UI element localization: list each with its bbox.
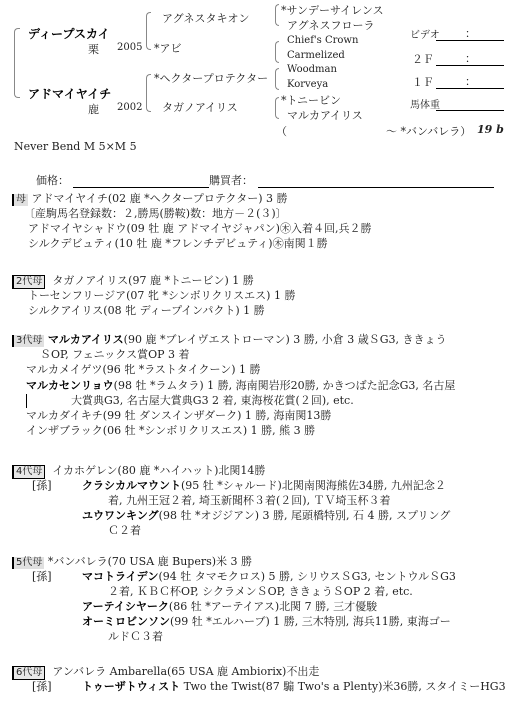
2nd-dam-offspring-1: トーセンフリージア(07 牝 *シンボリクリスエス) 1 勝 (28, 289, 295, 303)
4th-dam-gc-1-cont: 着, 九州王冠２着, 埼玉新聞杯３着(２回), ＴＶ埼玉杯３着 (108, 494, 391, 508)
tag-6th-dam: 6代母 (12, 666, 45, 680)
4th-dam-gc-2-text: (98 牡 *オジジアン) 3 勝, 尾頭橋特別, 石 4 勝, スプリング (159, 509, 451, 522)
buyer-label: 購買者： (209, 172, 253, 188)
4th-dam-head: イカホゲレン(80 鹿 *ハイハット)北関14勝 (52, 464, 265, 477)
5th-dam-head: *バンバレラ(70 USA 鹿 Bupers)米 3 勝 (48, 555, 252, 568)
6th-dam-gc-1-name: トゥーザトウィスト (82, 680, 180, 693)
f1-label: １Ｆ (412, 74, 434, 90)
5th-dam-gc-3-name: オーミロビンソン (82, 615, 170, 628)
2nd-dam-offspring-2: シルクアイリス(08 牝 ディープインパクト) 1 勝 (28, 304, 265, 318)
tag-2nd-dam: 2代母 (12, 275, 45, 289)
dam-year: 2002 (117, 102, 142, 113)
inbreeding: Never Bend M 5×M 5 (14, 140, 137, 153)
dam-offspring-2: シルクデビュティ(10 牡 鹿 *フレンチデビュティ)㊍南関１勝 (28, 237, 328, 251)
gen3-2: アグネスフローラ (287, 17, 375, 33)
2nd-dam-head: タガノアイリス(97 鹿 *トニービン) 1 勝 (52, 274, 253, 287)
6th-dam-head: アンバレラ Ambarella(65 USA 鹿 Ambiorix)不出走 (52, 665, 319, 678)
f2-label: ２Ｆ (412, 51, 434, 67)
gen3-7: *トニービン (281, 92, 341, 108)
gen3-1: *サンデーサイレンス (281, 2, 384, 18)
buyer-field[interactable] (258, 172, 494, 188)
5th-dam-gc-2-text: (86 牡 *アーテイアス)北関 7 勝, 三才優駿 (169, 600, 377, 613)
5th-dam-gc-1-cont: ２着, ＫＢＣ杯OP, シクラメンＳOP, ききょうＳOP 2 着, etc. (108, 585, 413, 599)
weight-field[interactable] (436, 95, 504, 111)
6th-dam-gc-1-text: Two the Twist(87 騸 Two's a Plenty)米36勝, … (180, 680, 506, 693)
family-line: （ ～ *バンバレラ） (276, 123, 471, 139)
5th-dam-gc-3-cont: ルドＣ３着 (108, 630, 163, 644)
video-colon: ： (465, 25, 476, 41)
4th-dam-gc-2-cont: Ｃ２着 (108, 524, 141, 538)
3rd-dam-offspring-4: インザブラック(06 牡 *シンボリクリスエス) 1 勝, 熊 3 勝 (26, 424, 315, 438)
sire-name: ディープスカイ (28, 25, 110, 42)
gen3-8: マルカアイリス (287, 107, 363, 123)
3rd-dam-head-cont: ＳOP, フェニックス賞OP 3 着 (40, 348, 190, 362)
pedigree-brace-g3-2 (275, 41, 279, 63)
gen3-3: Chief's Crown (287, 35, 358, 46)
5th-dam-grandchild-label: [孫] (32, 570, 52, 584)
4th-dam-grandchild-label: [孫] (32, 479, 52, 493)
5th-dam-gc-1-text: (94 牡 タマモクロス) 5 勝, シリウスＳG3, セントウルＳG3 (158, 570, 455, 583)
3rd-dam-head: (90 鹿 *ブレイヴエストローマン) 3 勝, 小倉 3 歳ＳG3, ききょう (124, 333, 447, 346)
dam-head: アドマイヤイチ(02 鹿 *ヘクタープロテクター) 3 勝 (32, 192, 288, 205)
tag-5th-dam: 5代母 (12, 557, 44, 569)
3rd-dam-name: マルカアイリス (48, 333, 124, 346)
3rd-dam-offspring-2-name: マルカセンリョウ (26, 379, 114, 392)
family-number: 19 b (477, 123, 504, 136)
4th-dam-gc-1-text: (95 牡 *シャルード)北関南関海熊佐34勝, 九州記念２ (181, 479, 446, 492)
pedigree-brace-sire (146, 12, 151, 50)
dam-offspring-summary: 〔産駒馬名登録数：２,勝馬(勝鞍)数：地方－２(３)〕 (24, 207, 287, 221)
pedigree-brace-dam (146, 74, 151, 112)
tag-4th-dam: 4代母 (12, 465, 45, 479)
gen3-6: Korveya (287, 79, 328, 90)
3rd-dam-offspring-3: マルカダイキチ(99 牡 ダンスインザダーク) 1 勝, 海南関13勝 (26, 409, 331, 423)
dam-name: アドマイヤイチ (28, 85, 111, 102)
4th-dam-gc-1-name: クラシカルマウント (82, 479, 181, 492)
3rd-dam-offspring-2-text: (98 牡 *ラムタラ) 1 勝, 海南関岩形20勝, かきつばた記念G3, 名… (114, 379, 456, 392)
5th-dam-gc-2-name: アーテイシヤーク (82, 600, 169, 613)
3rd-dam-offspring-2-cont: 大賞典G3, 名古屋大賞典G3 2 着, 東海桜花賞(２回), etc. (26, 394, 354, 408)
pedigree-brace-outer (14, 28, 20, 98)
f2-colon: ： (465, 50, 476, 66)
gen3-5: Woodman (287, 64, 337, 75)
sire-year: 2005 (117, 42, 142, 53)
tag-dam: 母 (12, 194, 28, 206)
5th-dam-gc-1-name: マコトライデン (82, 570, 158, 583)
3rd-dam-offspring-1: マルカメイゲツ(96 牝 *ラストタイクーン) 1 勝 (26, 363, 261, 377)
4th-dam-gc-2-name: ユウワンキング (82, 509, 159, 522)
pedigree-brace-g3-3 (275, 68, 279, 90)
pedigree-brace-g3-4 (275, 97, 279, 119)
f1-colon: ： (465, 73, 476, 89)
price-label: 価格： (36, 172, 69, 188)
tag-3rd-dam: 3代母 (12, 335, 44, 347)
pedigree-brace-g3-1 (275, 4, 279, 26)
dam-dam: タガノアイリス (162, 99, 238, 115)
sire-dam: *アビ (154, 40, 182, 56)
dam-offspring-1: アドマイヤシャドウ(09 牡 鹿 アドマイヤジャパン)㊍入着４回,兵２勝 (28, 222, 371, 236)
5th-dam-gc-3-text: (99 牡 *エルハーブ) 1 勝, 三木特別, 海兵11勝, 東海ゴー (170, 615, 451, 628)
gen3-4: Carmelized (287, 50, 345, 61)
dam-color: 鹿 (88, 101, 99, 117)
price-field[interactable] (73, 172, 209, 188)
sire-color: 栗 (88, 41, 99, 57)
sire-sire: アグネスタキオン (162, 10, 250, 26)
dam-sire: *ヘクタープロテクター (154, 70, 268, 86)
6th-dam-grandchild-label: [孫] (32, 680, 52, 694)
